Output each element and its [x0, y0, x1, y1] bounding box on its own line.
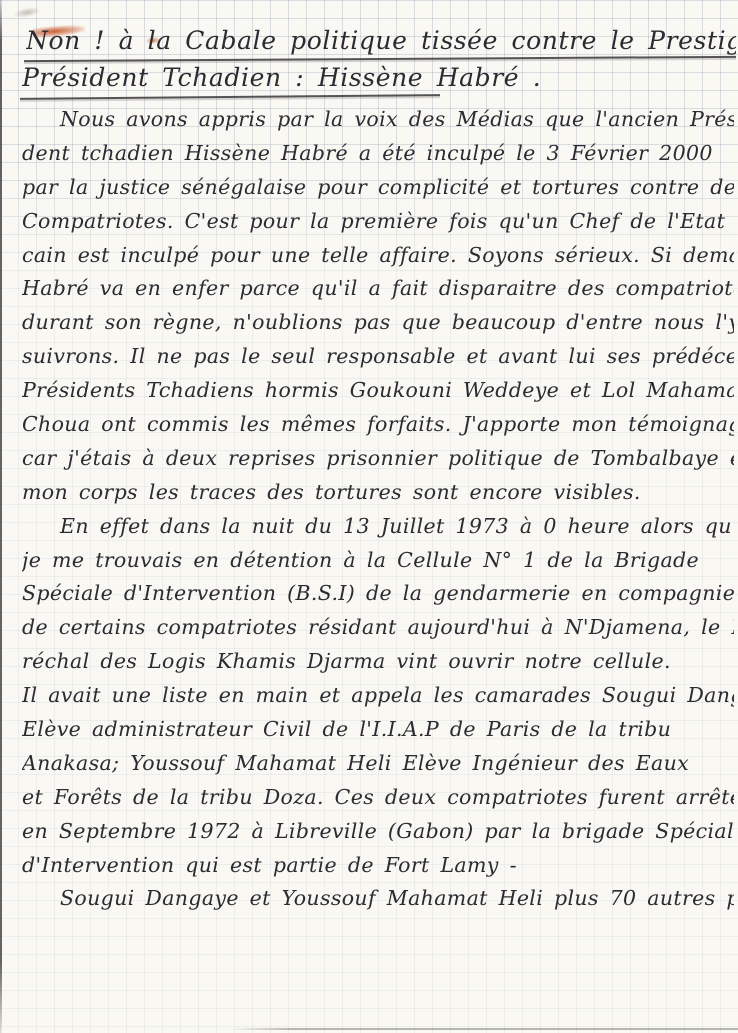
handwritten-line: Sougui Dangaye et Youssouf Mahamat Heli …: [22, 882, 734, 916]
scanned-letter-page: Non ! à la Cabale politique tissée contr…: [0, 0, 738, 1033]
handwritten-line: de certains compatriotes résidant aujour…: [22, 611, 734, 645]
handwritten-line: En effet dans la nuit du 13 Juillet 1973…: [22, 510, 734, 544]
title-underline-1: [24, 56, 736, 62]
handwritten-line: dent tchadien Hissène Habré a été inculp…: [22, 137, 734, 171]
handwritten-line: Elève administrateur Civil de l'I.I.A.P …: [22, 713, 734, 747]
handwritten-line: Il avait une liste en main et appela les…: [22, 679, 734, 713]
handwritten-line: Compatriotes. C'est pour la première foi…: [22, 205, 734, 239]
handwritten-line: Habré va en enfer parce qu'il a fait dis…: [22, 272, 734, 306]
handwritten-line: Nous avons appris par la voix des Médias…: [22, 103, 734, 137]
scan-edge-bottom: [230, 1028, 738, 1030]
handwritten-line: et Forêts de la tribu Doza. Ces deux com…: [22, 781, 734, 815]
scan-edge-left: [0, 0, 2, 1033]
handwritten-line: durant son règne, n'oublions pas que bea…: [22, 306, 734, 340]
document-title-line-2: Président Tchadien : Hissène Habré .: [22, 63, 736, 92]
handwritten-line: en Septembre 1972 à Libreville (Gabon) p…: [22, 815, 734, 849]
handwritten-line: Présidents Tchadiens hormis Goukouni Wed…: [22, 374, 734, 408]
document-title-line-1: Non ! à la Cabale politique tissée contr…: [26, 26, 736, 55]
handwritten-line: car j'étais à deux reprises prisonnier p…: [22, 442, 734, 476]
handwritten-line: mon corps les traces des tortures sont e…: [22, 476, 734, 510]
letter-body: Nous avons appris par la voix des Médias…: [22, 103, 734, 916]
title-underline-2: [20, 94, 440, 100]
handwritten-line: par la justice sénégalaise pour complici…: [22, 171, 734, 205]
handwritten-line: suivrons. Il ne pas le seul responsable …: [22, 340, 734, 374]
pencil-smudge: [13, 6, 40, 19]
handwritten-line: cain est inculpé pour une telle affaire.…: [22, 239, 734, 273]
handwritten-line: d'Intervention qui est partie de Fort La…: [22, 849, 734, 883]
handwritten-line: Choua ont commis les mêmes forfaits. J'a…: [22, 408, 734, 442]
handwritten-line: je me trouvais en détention à la Cellule…: [22, 544, 734, 578]
handwritten-line: réchal des Logis Khamis Djarma vint ouvr…: [22, 645, 734, 679]
handwritten-line: Anakasa; Youssouf Mahamat Heli Elève Ing…: [22, 747, 734, 781]
handwritten-line: Spéciale d'Intervention (B.S.I) de la ge…: [22, 577, 734, 611]
